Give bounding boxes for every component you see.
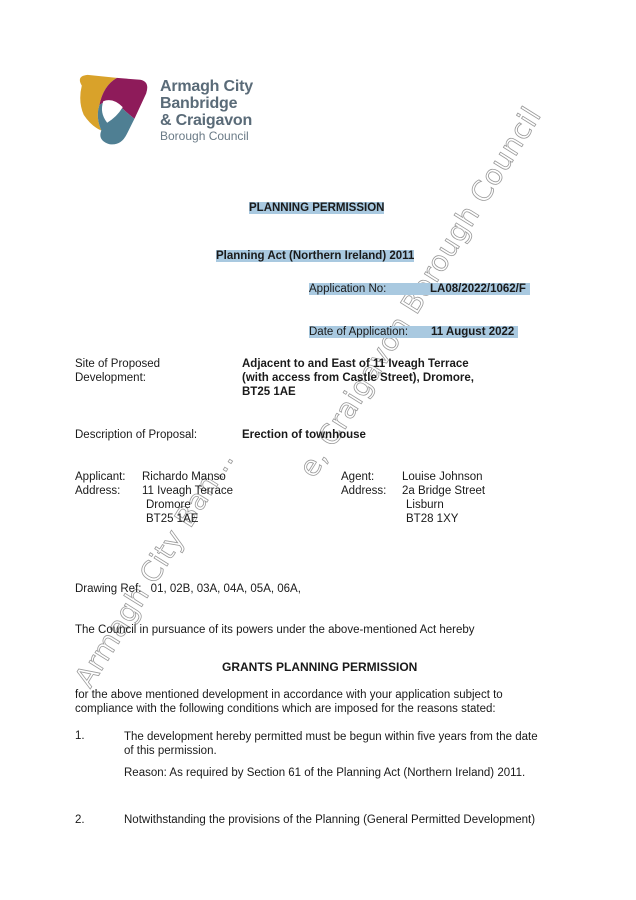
condition-1-reason: Reason: As required by Section 61 of the… — [124, 767, 525, 779]
council-statement: The Council in pursuance of its powers u… — [75, 624, 475, 636]
applicant-address-label: Address: — [75, 484, 126, 498]
description-value: Erection of townhouse — [242, 429, 366, 441]
logo-line-1: Armagh City — [160, 78, 253, 95]
date-value: 11 August 2022 — [431, 326, 514, 338]
applicant-address-line: 11 Iveagh Terrace — [142, 484, 233, 498]
agent-address-label: Address: — [341, 484, 386, 498]
applicant-name: Richardo Manso — [142, 470, 233, 484]
description-label: Description of Proposal: — [75, 429, 197, 441]
application-no-value: LA08/2022/1062/F — [430, 283, 526, 295]
drawing-ref-value: 01, 02B, 03A, 04A, 05A, 06A, — [151, 583, 301, 595]
intro-line: for the above mentioned development in a… — [75, 688, 503, 702]
agent-address-line: Lisburn — [402, 498, 485, 512]
site-value-line: Adjacent to and East of 11 Iveagh Terrac… — [242, 357, 474, 371]
site-label-line: Development: — [75, 371, 160, 385]
application-no-row: Application No: LA08/2022/1062/F — [309, 283, 530, 295]
condition-2-number: 2. — [75, 814, 85, 826]
agent-address-line: BT28 1XY — [402, 512, 485, 526]
drawing-ref: Drawing Ref: 01, 02B, 03A, 04A, 05A, 06A… — [75, 583, 301, 595]
site-value-line: BT25 1AE — [242, 385, 474, 399]
conditions-intro: for the above mentioned development in a… — [75, 688, 503, 716]
applicant-label: Applicant: — [75, 470, 126, 484]
applicant-address-line: BT25 1AE — [142, 512, 233, 526]
logo-line-3: & Craigavon — [160, 112, 253, 129]
intro-line: compliance with the following conditions… — [75, 702, 503, 716]
applicant-labels: Applicant: Address: — [75, 470, 126, 498]
date-of-application-row: Date of Application: 11 August 2022 — [309, 326, 518, 338]
act-title: Planning Act (Northern Ireland) 2011 — [216, 250, 414, 262]
date-label: Date of Application: — [309, 326, 408, 338]
drawing-ref-label: Drawing Ref: — [75, 583, 141, 595]
site-value-line: (with access from Castle Street), Dromor… — [242, 371, 474, 385]
council-triangle-logo-icon — [74, 72, 152, 150]
condition-1-text: The development hereby permitted must be… — [124, 730, 538, 758]
agent-address-line: 2a Bridge Street — [402, 484, 485, 498]
logo-line-2: Banbridge — [160, 95, 253, 112]
site-value: Adjacent to and East of 11 Iveagh Terrac… — [242, 357, 474, 399]
agent-labels: Agent: Address: — [341, 470, 386, 498]
condition-line: of this permission. — [124, 744, 538, 758]
document-title: PLANNING PERMISSION — [249, 202, 384, 214]
agent-details: Louise Johnson 2a Bridge Street Lisburn … — [402, 470, 485, 526]
agent-name: Louise Johnson — [402, 470, 485, 484]
site-label-line: Site of Proposed — [75, 357, 160, 371]
document-page: Armagh City Banbridge & Craigavon Boroug… — [0, 0, 636, 900]
condition-1-number: 1. — [75, 730, 85, 742]
condition-line: The development hereby permitted must be… — [124, 730, 538, 744]
applicant-details: Richardo Manso 11 Iveagh Terrace Dromore… — [142, 470, 233, 526]
applicant-address-line: Dromore — [142, 498, 233, 512]
agent-label: Agent: — [341, 470, 386, 484]
grants-heading: GRANTS PLANNING PERMISSION — [222, 660, 417, 674]
site-label: Site of Proposed Development: — [75, 357, 160, 385]
application-no-label: Application No: — [309, 283, 386, 295]
logo-subline: Borough Council — [160, 129, 253, 144]
council-name: Armagh City Banbridge & Craigavon Boroug… — [160, 78, 253, 144]
condition-2-text: Notwithstanding the provisions of the Pl… — [124, 814, 535, 826]
council-logo: Armagh City Banbridge & Craigavon Boroug… — [74, 72, 254, 152]
